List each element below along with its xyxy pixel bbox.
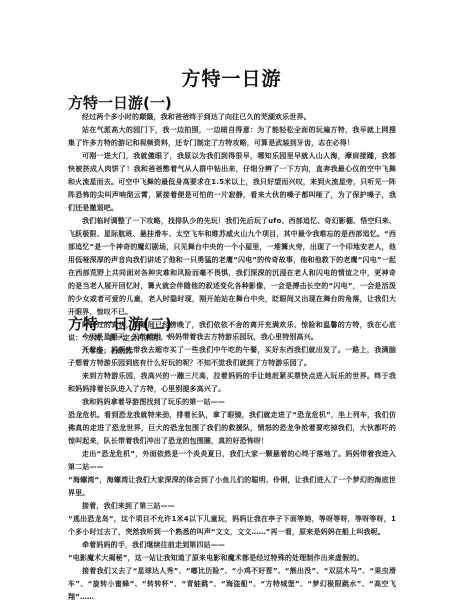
- paragraph: 我和妈妈拿着导游图找到了玩乐的第一站——: [68, 396, 396, 409]
- paragraph: 今天是星期天，天气晴朗，妈妈带着我去方特游乐园玩，我心里特别高兴。: [68, 331, 396, 344]
- paragraph: “海螺湾”，海螺湾让我们大家深深的体会到了小鱼儿们的聪明、伶俐，让我们进入了一个…: [68, 474, 396, 500]
- paragraph: “电影魔术大揭秘”，这一站让我知道了原来电影和魔术都是经过特殊的处理制作出来虚假…: [68, 552, 396, 565]
- paragraph: 接着，我们来到了第三站——: [68, 500, 396, 513]
- section-2-body: 今天是星期天，天气晴朗，妈妈带着我去方特游乐园玩，我心里特别高兴。 开着车，妈妈…: [68, 331, 396, 600]
- paragraph: 牵着妈妈的手，我们继续往前走到第四站——: [68, 539, 396, 552]
- paragraph: 我们临时调整了一下攻略，找排队少的先玩！我们先后玩了ufo、西部追忆、奇幻影棚、…: [68, 215, 396, 319]
- paragraph: 接着我们又去了“星球达人秀”、“嘟比历险”、“小鸡不好惹”、“熊出没”、“双层木…: [68, 565, 396, 600]
- document-page: 方特一日游 方特一日游(一) 经过两个多小时的颠簸，我和爸爸终于到达了向往已久的…: [0, 0, 463, 600]
- paragraph: 站在气派高大的园门下，我一边拍照，一边暗自得意：为了能轻松全面的玩遍方特，我早就…: [68, 124, 396, 150]
- paragraph: 走出“恐龙危机”，外面依然是一个炎炎夏日，我们大家一颗悬着的心终于落地了。妈妈带…: [68, 448, 396, 474]
- paragraph: “逃出恐龙岛”，这个项目不允许1米4以下儿童玩，妈妈让我在亭子下面等她，等呀等呀…: [68, 513, 396, 539]
- paragraph: 来到方特游乐园，我高兴的一蹦三尺高，拉着妈妈的手让她赶紧买票快点进入玩乐的世界。…: [68, 370, 396, 396]
- paragraph: 开着车，妈妈先带我去超市买了一些我们中午吃的午餐，买好东西我们就出发了。一路上，…: [68, 344, 396, 370]
- paragraph: 恐龙危机。看到恐龙我就特来劲，排着长队，拿了眼镜，我们就走进了“恐龙危机”，坐上…: [68, 409, 396, 448]
- document-title: 方特一日游: [0, 64, 463, 91]
- section-1-heading: 方特一日游(一): [68, 92, 172, 113]
- paragraph: 可刚一进大门，我就傻眼了，我原以为我们到得很早，哪知乐园里早就人山人海，摩肩接踵…: [68, 150, 396, 215]
- paragraph: 经过两个多小时的颠簸，我和爸爸终于到达了向往已久的芜湖欢乐世界。: [68, 111, 396, 124]
